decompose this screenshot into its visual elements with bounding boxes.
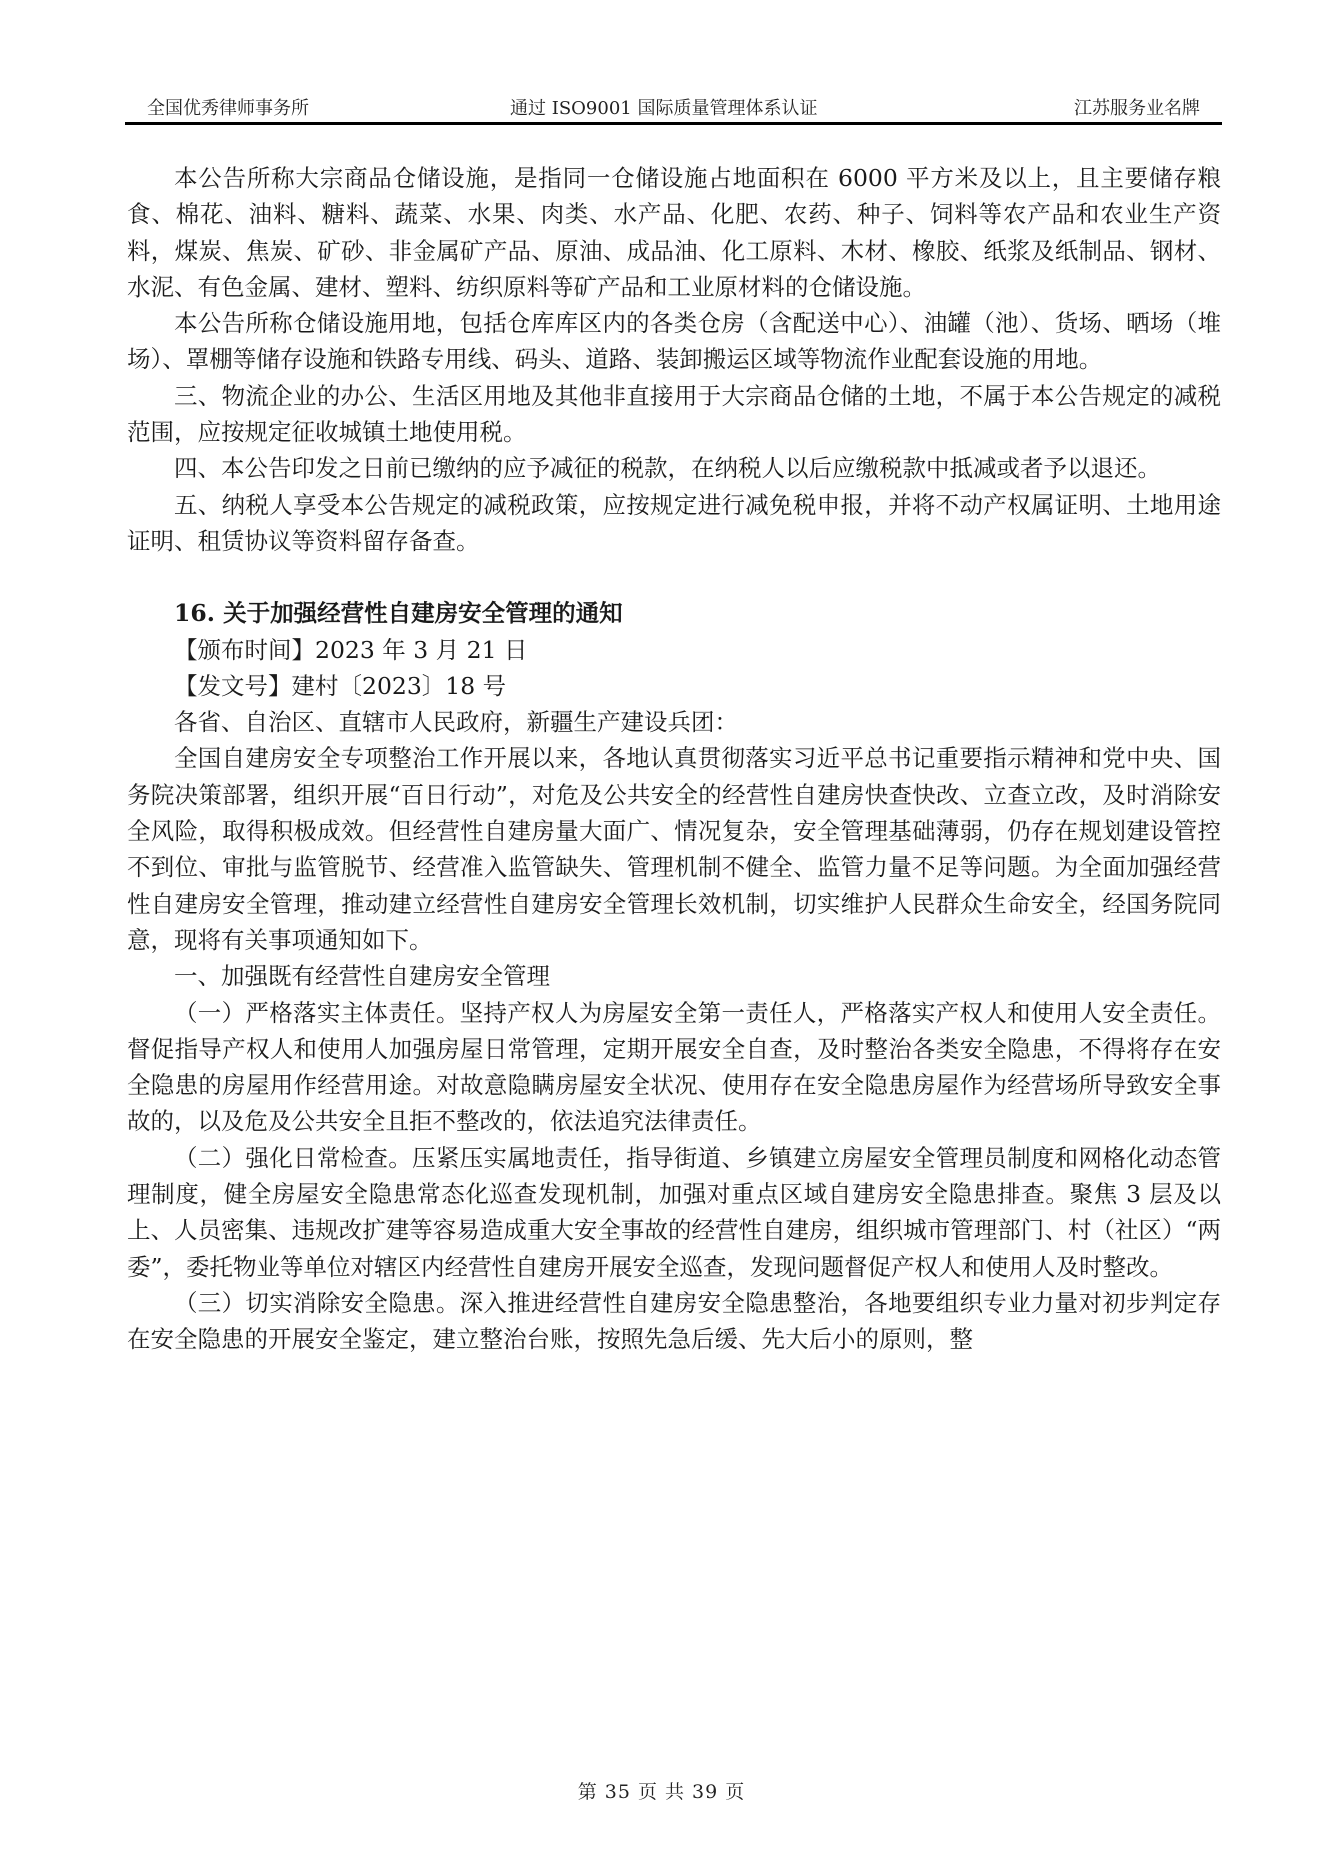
document-body: 本公告所称大宗商品仓储设施，是指同一仓储设施占地面积在 6000 平方米及以上，…	[127, 160, 1221, 1358]
header-divider	[125, 122, 1222, 125]
addressee: 各省、自治区、直辖市人民政府，新疆生产建设兵团：	[127, 704, 1221, 740]
page-footer: 第 35 页 共 39 页	[0, 1777, 1323, 1804]
header-left-text: 全国优秀律师事务所	[147, 94, 309, 120]
subheading: 一、加强既有经营性自建房安全管理	[127, 958, 1221, 994]
paragraph: 四、本公告印发之日前已缴纳的应予减征的税款，在纳税人以后应缴税款中抵减或者予以退…	[127, 450, 1221, 486]
paragraph: 全国自建房安全专项整治工作开展以来，各地认真贯彻落实习近平总书记重要指示精神和党…	[127, 740, 1221, 958]
list-item: （三）切实消除安全隐患。深入推进经营性自建房安全隐患整治，各地要组织专业力量对初…	[127, 1285, 1221, 1358]
paragraph: 三、物流企业的办公、生活区用地及其他非直接用于大宗商品仓储的土地，不属于本公告规…	[127, 378, 1221, 451]
header-right-text: 江苏服务业名牌	[1074, 94, 1200, 120]
document-number: 【发文号】建村〔2023〕18 号	[127, 668, 1221, 704]
header-center-text: 通过 ISO9001 国际质量管理体系认证	[510, 94, 817, 120]
list-item: （二）强化日常检查。压紧压实属地责任，指导街道、乡镇建立房屋安全管理员制度和网格…	[127, 1140, 1221, 1285]
paragraph: 本公告所称仓储设施用地，包括仓库库区内的各类仓房（含配送中心）、油罐（池）、货场…	[127, 305, 1221, 378]
paragraph: 五、纳税人享受本公告规定的减税政策，应按规定进行减免税申报，并将不动产权属证明、…	[127, 487, 1221, 560]
issue-date: 【颁布时间】2023 年 3 月 21 日	[127, 632, 1221, 668]
page-header: 全国优秀律师事务所 通过 ISO9001 国际质量管理体系认证 江苏服务业名牌	[125, 92, 1222, 122]
paragraph: 本公告所称大宗商品仓储设施，是指同一仓储设施占地面积在 6000 平方米及以上，…	[127, 160, 1221, 305]
section-title: 16. 关于加强经营性自建房安全管理的通知	[127, 595, 1221, 631]
list-item: （一）严格落实主体责任。坚持产权人为房屋安全第一责任人，严格落实产权人和使用人安…	[127, 995, 1221, 1140]
